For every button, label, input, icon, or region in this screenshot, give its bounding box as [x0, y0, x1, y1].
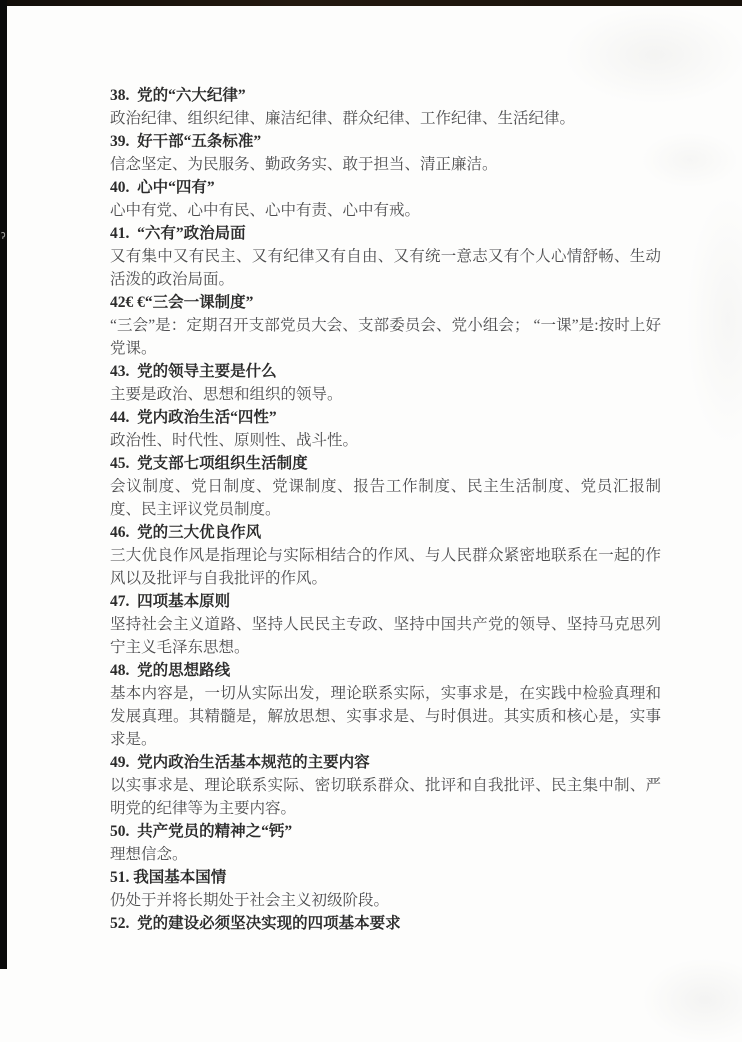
question: 49. 党内政治生活基本规范的主要内容	[110, 751, 661, 774]
question: 40. 心中“四有”	[110, 176, 661, 199]
question: 47. 四项基本原则	[110, 590, 661, 613]
binder-mark: ɂ	[1, 228, 8, 242]
question: 51. 我国基本国情	[110, 866, 661, 889]
answer: 政治纪律、组织纪律、廉洁纪律、群众纪律、工作纪律、生活纪律。	[110, 107, 661, 130]
qa-item: 40. 心中“四有” 心中有党、心中有民、心中有责、心中有戒。	[110, 176, 661, 222]
question: 44. 党内政治生活“四性”	[110, 406, 661, 429]
qa-item: 41. “六有”政治局面 又有集中又有民主、又有纪律又有自由、又有统一意志又有个…	[110, 222, 661, 291]
answer: 三大优良作风是指理论与实际相结合的作风、与人民群众紧密地联系在一起的作风以及批评…	[110, 544, 661, 590]
answer: 以实事求是、理论联系实际、密切联系群众、批评和自我批评、民主集中制、严明党的纪律…	[110, 774, 661, 820]
scan-edge-left	[0, 0, 7, 969]
question: 39. 好干部“五条标准”	[110, 130, 661, 153]
answer: 基本内容是，一切从实际出发，理论联系实际，实事求是，在实践中检验真理和发展真理。…	[110, 682, 661, 751]
answer: 理想信念。	[110, 843, 661, 866]
qa-item: 44. 党内政治生活“四性” 政治性、时代性、原则性、战斗性。	[110, 406, 661, 452]
answer: 仍处于并将长期处于社会主义初级阶段。	[110, 889, 661, 912]
question: 45. 党支部七项组织生活制度	[110, 452, 661, 475]
question: 46. 党的三大优良作风	[110, 521, 661, 544]
answer: 又有集中又有民主、又有纪律又有自由、又有统一意志又有个人心情舒畅、生动活泼的政治…	[110, 245, 661, 291]
qa-item: 47. 四项基本原则 坚持社会主义道路、坚持人民民主专政、坚持中国共产党的领导、…	[110, 590, 661, 659]
question: 50. 共产党员的精神之“钙”	[110, 820, 661, 843]
question: 48. 党的思想路线	[110, 659, 661, 682]
qa-item: 49. 党内政治生活基本规范的主要内容 以实事求是、理论联系实际、密切联系群众、…	[110, 751, 661, 820]
scan-edge-top	[0, 0, 742, 6]
question: 38. 党的“六大纪律”	[110, 84, 661, 107]
qa-item: 51. 我国基本国情 仍处于并将长期处于社会主义初级阶段。	[110, 866, 661, 912]
qa-item: 39. 好干部“五条标准” 信念坚定、为民服务、勤政务实、敢于担当、清正廉洁。	[110, 130, 661, 176]
question: 41. “六有”政治局面	[110, 222, 661, 245]
question: 52. 党的建设必须坚决实现的四项基本要求	[110, 912, 661, 935]
qa-item: 38. 党的“六大纪律” 政治纪律、组织纪律、廉洁纪律、群众纪律、工作纪律、生活…	[110, 84, 661, 130]
answer: “三会”是：定期召开支部党员大会、支部委员会、党小组会； “一课”是:按时上好党…	[110, 314, 661, 360]
answer: 政治性、时代性、原则性、战斗性。	[110, 429, 661, 452]
scanned-document-page: { "colors": { "scan_edge": "#0b0b0b", "s…	[0, 0, 742, 1042]
question: 43. 党的领导主要是什么	[110, 360, 661, 383]
qa-item: 52. 党的建设必须坚决实现的四项基本要求	[110, 912, 661, 935]
question: 42€ €“三会一课制度”	[110, 291, 661, 314]
qa-item: 45. 党支部七项组织生活制度 会议制度、党日制度、党课制度、报告工作制度、民主…	[110, 452, 661, 521]
answer: 主要是政治、思想和组织的领导。	[110, 383, 661, 406]
qa-item: 50. 共产党员的精神之“钙” 理想信念。	[110, 820, 661, 866]
answer: 信念坚定、为民服务、勤政务实、敢于担当、清正廉洁。	[110, 153, 661, 176]
document-body: 38. 党的“六大纪律” 政治纪律、组织纪律、廉洁纪律、群众纪律、工作纪律、生活…	[110, 84, 661, 935]
qa-item: 46. 党的三大优良作风 三大优良作风是指理论与实际相结合的作风、与人民群众紧密…	[110, 521, 661, 590]
answer: 心中有党、心中有民、心中有责、心中有戒。	[110, 199, 661, 222]
qa-item: 48. 党的思想路线 基本内容是，一切从实际出发，理论联系实际，实事求是，在实践…	[110, 659, 661, 751]
qa-item: 43. 党的领导主要是什么 主要是政治、思想和组织的领导。	[110, 360, 661, 406]
qa-item: 42€ €“三会一课制度” “三会”是：定期召开支部党员大会、支部委员会、党小组…	[110, 291, 661, 360]
answer: 会议制度、党日制度、党课制度、报告工作制度、民主生活制度、党员汇报制度、民主评议…	[110, 475, 661, 521]
answer: 坚持社会主义道路、坚持人民民主专政、坚持中国共产党的领导、坚持马克思列宁主义毛泽…	[110, 613, 661, 659]
